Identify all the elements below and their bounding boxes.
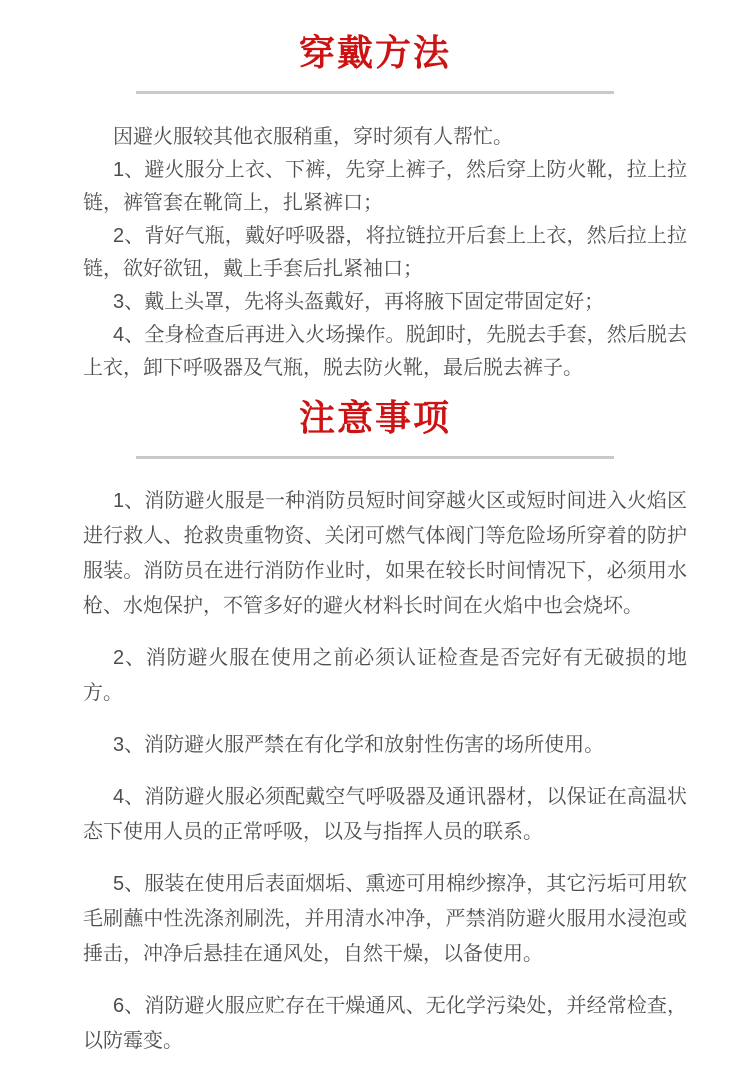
section-precautions: 注意事项 1、消防避火服是一种消防员短时间穿越火区或短时间进入火焰区进行救人、抢…: [0, 397, 750, 1059]
product-description-page: 穿戴方法 因避火服较其他衣服稍重，穿时须有人帮忙。 1、避火服分上衣、下裤，先穿…: [0, 0, 750, 1074]
wearing-method-body: 因避火服较其他衣服稍重，穿时须有人帮忙。 1、避火服分上衣、下裤，先穿上裤子，然…: [0, 121, 750, 385]
precaution-item-3: 3、消防避火服严禁在有化学和放射性伤害的场所使用。: [83, 728, 687, 763]
wearing-method-intro: 因避火服较其他衣服稍重，穿时须有人帮忙。: [83, 121, 687, 154]
wearing-step-4: 4、全身检查后再进入火场操作。脱卸时，先脱去手套，然后脱去上衣，卸下呼吸器及气瓶…: [83, 319, 687, 385]
precaution-item-1: 1、消防避火服是一种消防员短时间穿越火区或短时间进入火焰区进行救人、抢救贵重物资…: [83, 484, 687, 624]
wearing-method-title: 穿戴方法: [0, 32, 750, 74]
wearing-step-2: 2、背好气瓶，戴好呼吸器，将拉链拉开后套上上衣，然后拉上拉链，欲好欲钮，戴上手套…: [83, 220, 687, 286]
wearing-method-title-divider: [136, 91, 614, 94]
precautions-body: 1、消防避火服是一种消防员短时间穿越火区或短时间进入火焰区进行救人、抢救贵重物资…: [0, 484, 750, 1059]
precaution-item-5: 5、服装在使用后表面烟垢、熏迹可用棉纱擦净，其它污垢可用软毛刷蘸中性洗涤剂刷洗，…: [83, 867, 687, 972]
precaution-item-6: 6、消防避火服应贮存在干燥通风、无化学污染处，并经常检查，以防霉变。: [83, 989, 687, 1059]
wearing-step-1: 1、避火服分上衣、下裤，先穿上裤子，然后穿上防火靴，拉上拉链，裤管套在靴筒上，扎…: [83, 154, 687, 220]
precaution-item-2: 2、消防避火服在使用之前必须认证检查是否完好有无破损的地方。: [83, 641, 687, 711]
precautions-title-divider: [136, 456, 614, 459]
precautions-title: 注意事项: [0, 397, 750, 439]
wearing-step-3: 3、戴上头罩，先将头盔戴好，再将腋下固定带固定好；: [83, 286, 687, 319]
section-wearing-method: 穿戴方法 因避火服较其他衣服稍重，穿时须有人帮忙。 1、避火服分上衣、下裤，先穿…: [0, 32, 750, 385]
precaution-item-4: 4、消防避火服必须配戴空气呼吸器及通讯器材，以保证在高温状态下使用人员的正常呼吸…: [83, 780, 687, 850]
